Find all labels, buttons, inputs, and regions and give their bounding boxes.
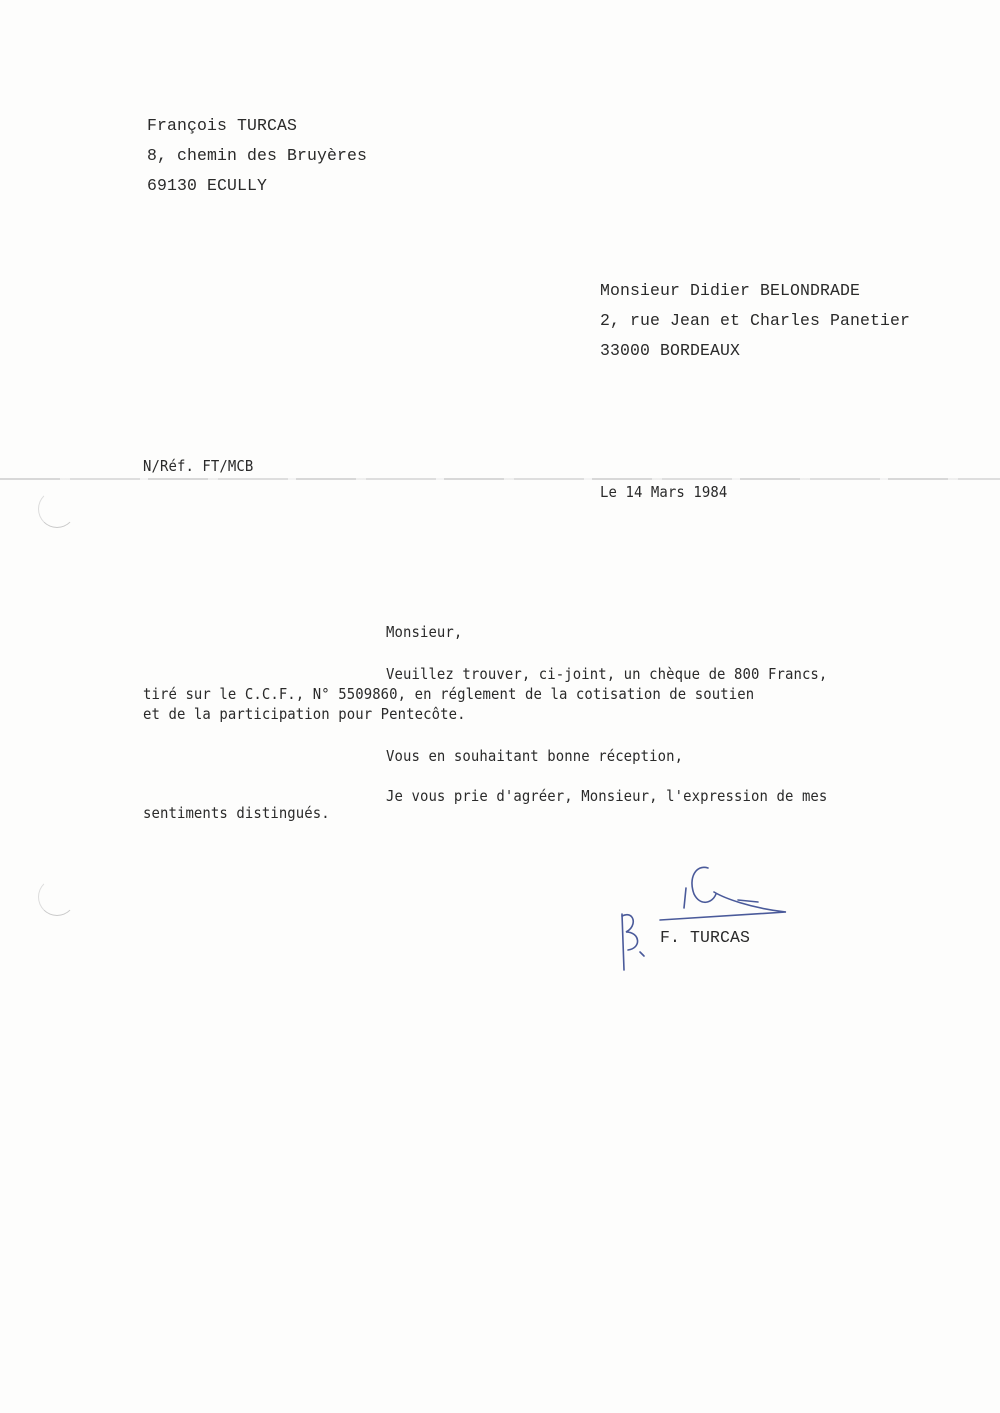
recipient-name: Monsieur Didier BELONDRADE	[600, 281, 860, 301]
letter-date: Le 14 Mars 1984	[600, 482, 727, 502]
letter-page: François TURCAS 8, chemin des Bruyères 6…	[0, 0, 1000, 1413]
recipient-city: 33000 BORDEAUX	[600, 341, 740, 361]
fold-line	[0, 478, 1000, 480]
closing-line1: Je vous prie d'agréer, Monsieur, l'expre…	[386, 786, 827, 806]
punch-hole-mark-top	[38, 490, 76, 528]
reference: N/Réf. FT/MCB	[143, 456, 253, 476]
punch-hole-mark-bottom	[38, 878, 76, 916]
salutation: Monsieur,	[386, 622, 462, 642]
sender-city: 69130 ECULLY	[147, 176, 267, 196]
handwritten-signature	[600, 860, 800, 980]
paragraph1-line1: Veuillez trouver, ci-joint, un chèque de…	[386, 664, 827, 684]
sender-street: 8, chemin des Bruyères	[147, 146, 367, 166]
signature-typed-name: F. TURCAS	[660, 928, 750, 948]
closing-line2: sentiments distingués.	[143, 803, 330, 823]
paragraph1-line2: tiré sur le C.C.F., N° 5509860, en régle…	[143, 684, 754, 704]
paragraph2: Vous en souhaitant bonne réception,	[386, 746, 683, 766]
recipient-street: 2, rue Jean et Charles Panetier	[600, 311, 910, 331]
sender-name: François TURCAS	[147, 116, 297, 136]
paragraph1-line3: et de la participation pour Pentecôte.	[143, 704, 466, 724]
